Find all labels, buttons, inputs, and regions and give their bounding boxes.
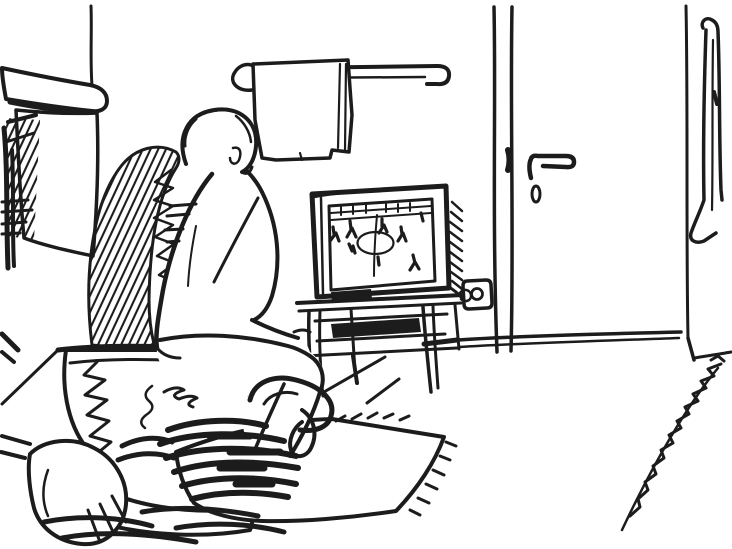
door-handle [530, 156, 575, 178]
door-hinge-mark [508, 150, 510, 170]
baseboard-stub [424, 340, 457, 344]
rug-right [622, 356, 724, 530]
hanging-towel-accent [714, 92, 717, 104]
left-wall-corner-line [91, 6, 92, 86]
border-right [726, 0, 732, 549]
door-edge-line [511, 7, 512, 351]
player-5 [421, 213, 423, 221]
shelf-top-rail [315, 314, 447, 321]
player-7 [378, 257, 379, 265]
table-top-underside [299, 303, 461, 311]
television [312, 186, 471, 301]
rug-corner-marks [711, 356, 724, 361]
socket-plate [463, 280, 492, 309]
floor-shadow-line-2 [367, 379, 399, 403]
bathroom-sketch [0, 0, 732, 549]
towel-rail-group [233, 60, 449, 160]
left-low-mark-1 [2, 334, 18, 350]
hand-on-knee [294, 330, 310, 332]
sketch-image [0, 0, 732, 549]
rear-leg-stub [353, 356, 357, 383]
tv-shadow-hatch [450, 202, 462, 289]
border-top [0, 0, 732, 6]
door [494, 7, 574, 352]
socket-round-pin [472, 289, 483, 300]
right-wall-corner-line [686, 6, 688, 338]
wall-socket [463, 280, 492, 309]
left-shadow-stroke-1 [4, 128, 8, 268]
right-wall-base-line [694, 352, 731, 358]
table-leg-front-right-inner [433, 306, 438, 388]
border-bottom [0, 541, 732, 549]
door-frame-line [494, 7, 497, 352]
left-wall-mark-1 [2, 436, 30, 444]
rug-edge-underline [622, 368, 718, 530]
left-shadow-stroke-2 [12, 150, 14, 266]
rug-fringe-edge [630, 364, 721, 516]
corner-base-line [688, 338, 694, 360]
door-keyhole [532, 186, 540, 202]
left-low-mark-2 [2, 352, 14, 362]
hanging-towel-right [691, 19, 722, 242]
hanging-towel-fold [712, 40, 713, 210]
towel-edge-line [345, 64, 346, 150]
left-wall-mark-2 [1, 452, 25, 458]
player-8 [353, 246, 355, 253]
ink-drawing [1, 6, 731, 544]
